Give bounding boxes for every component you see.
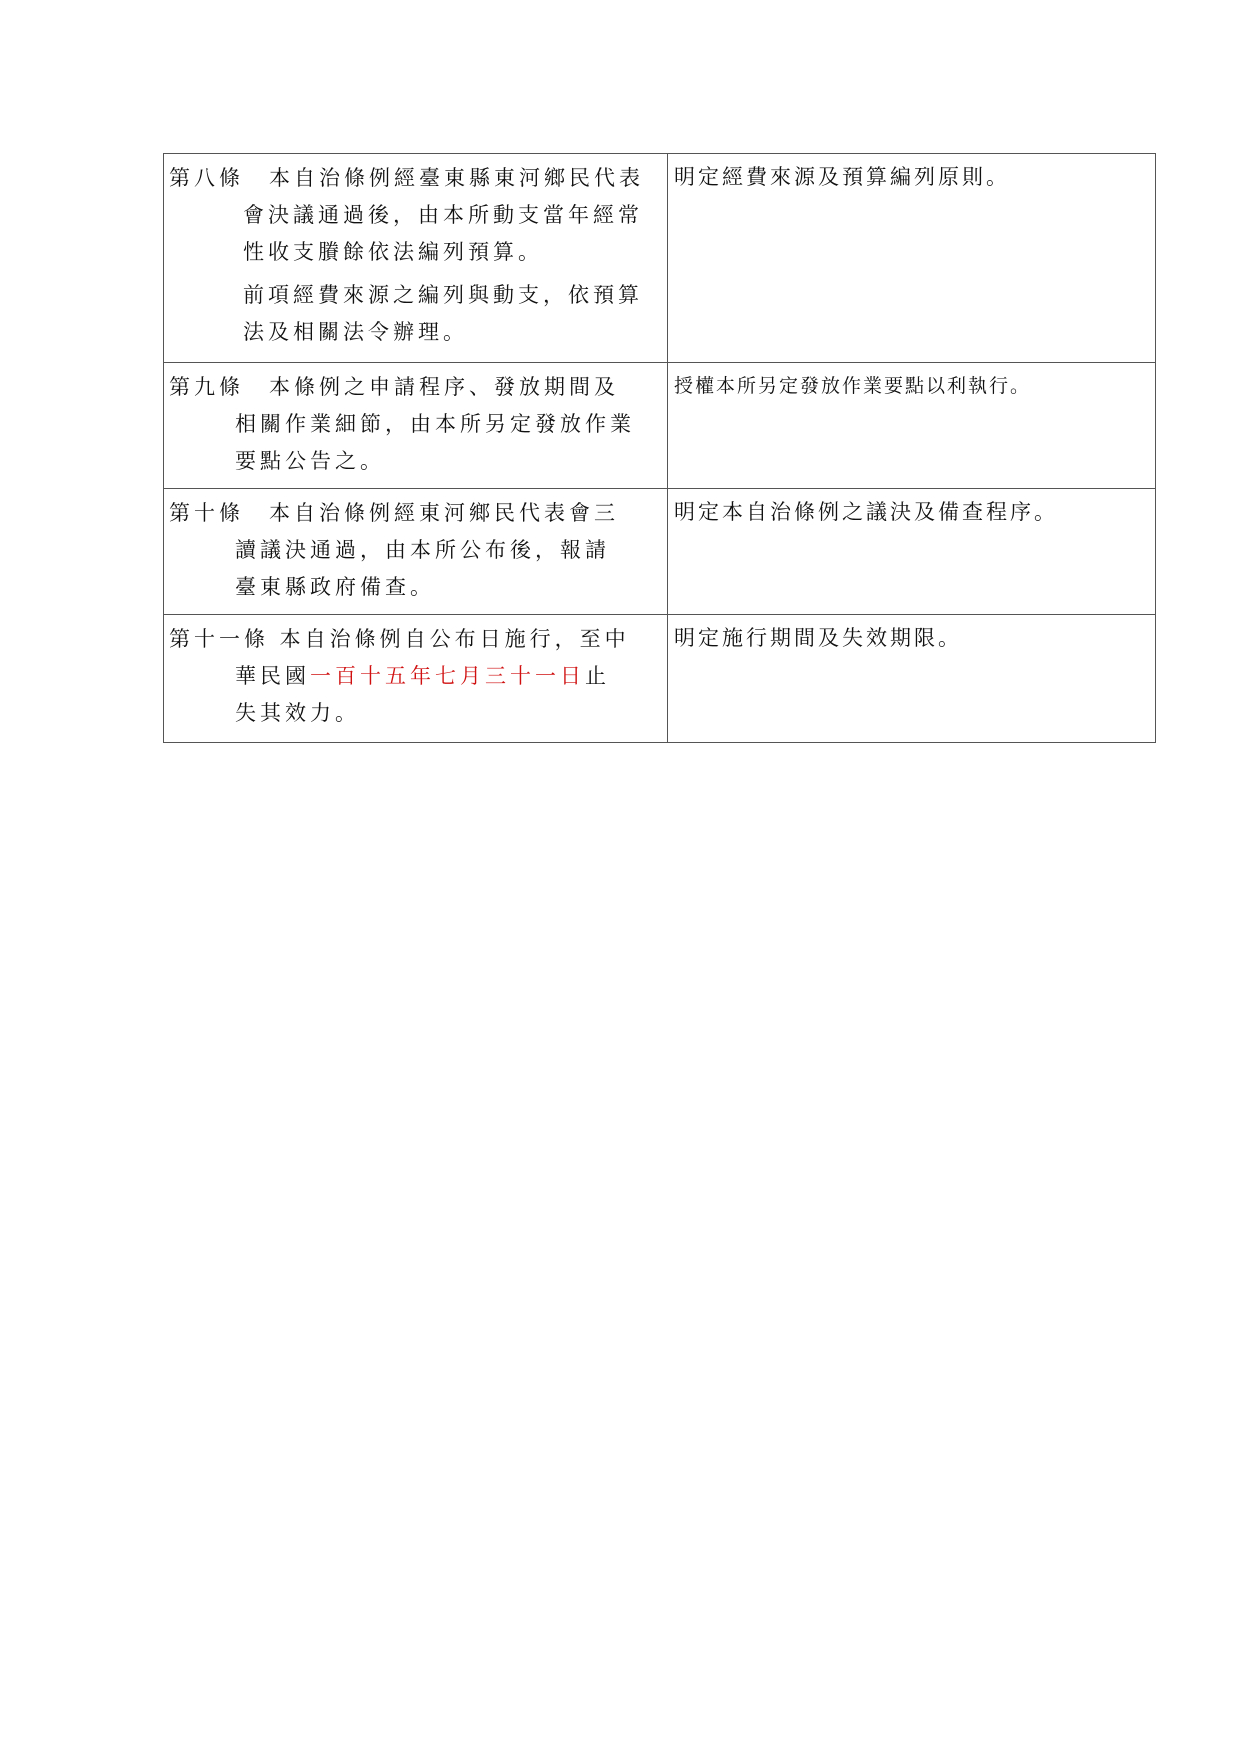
article-11-line-1: 第十一條 本自治條例自公布日施行，至中 xyxy=(169,621,663,658)
explanation-cell: 明定本自治條例之議決及備查程序。 xyxy=(668,489,1156,615)
document-page: 第八條 本自治條例經臺東縣東河鄉民代表 會決議通過後，由本所動支當年經常 性收支… xyxy=(0,0,1241,1755)
article-9-line-3: 要點公告之。 xyxy=(169,443,663,480)
articles-comparison-table: 第八條 本自治條例經臺東縣東河鄉民代表 會決議通過後，由本所動支當年經常 性收支… xyxy=(163,153,1156,743)
article-text-cell: 第九條 本條例之申請程序、發放期間及 相關作業細節，由本所另定發放作業 要點公告… xyxy=(164,363,668,489)
article-11-line-2-suffix: 止 xyxy=(585,664,610,688)
article-11-line-3: 失其效力。 xyxy=(169,695,663,732)
article-10-explanation: 明定本自治條例之議決及備查程序。 xyxy=(668,489,1155,528)
explanation-cell: 明定經費來源及預算編列原則。 xyxy=(668,154,1156,363)
article-10-line-2: 讀議決通過，由本所公布後，報請 xyxy=(169,532,663,569)
article-8-line-2: 會決議通過後，由本所動支當年經常 xyxy=(169,197,663,234)
article-9-line-1: 第九條 本條例之申請程序、發放期間及 xyxy=(169,369,663,406)
article-8-line-3: 性收支賸餘依法編列預算。 xyxy=(169,234,663,271)
expiry-date-highlight: 一百十五年七月三十一日 xyxy=(310,664,585,688)
article-text-cell: 第八條 本自治條例經臺東縣東河鄉民代表 會決議通過後，由本所動支當年經常 性收支… xyxy=(164,154,668,363)
article-8-explanation: 明定經費來源及預算編列原則。 xyxy=(668,154,1155,193)
article-8-line-5: 法及相關法令辦理。 xyxy=(169,314,663,351)
article-10-line-1: 第十條 本自治條例經東河鄉民代表會三 xyxy=(169,495,663,532)
article-8-line-1: 第八條 本自治條例經臺東縣東河鄉民代表 xyxy=(169,160,663,197)
article-11-line-2: 華民國一百十五年七月三十一日止 xyxy=(169,658,663,695)
article-11-line-2-prefix: 華民國 xyxy=(235,664,310,688)
article-10-line-3: 臺東縣政府備查。 xyxy=(169,569,663,606)
table-row-article-11: 第十一條 本自治條例自公布日施行，至中 華民國一百十五年七月三十一日止 失其效力… xyxy=(164,615,1156,743)
article-9-line-2: 相關作業細節，由本所另定發放作業 xyxy=(169,406,663,443)
table-row-article-9: 第九條 本條例之申請程序、發放期間及 相關作業細節，由本所另定發放作業 要點公告… xyxy=(164,363,1156,489)
explanation-cell: 明定施行期間及失效期限。 xyxy=(668,615,1156,743)
article-text-cell: 第十條 本自治條例經東河鄉民代表會三 讀議決通過，由本所公布後，報請 臺東縣政府… xyxy=(164,489,668,615)
table-row-article-8: 第八條 本自治條例經臺東縣東河鄉民代表 會決議通過後，由本所動支當年經常 性收支… xyxy=(164,154,1156,363)
article-9-explanation: 授權本所另定發放作業要點以利執行。 xyxy=(668,363,1155,402)
article-11-explanation: 明定施行期間及失效期限。 xyxy=(668,615,1155,654)
explanation-cell: 授權本所另定發放作業要點以利執行。 xyxy=(668,363,1156,489)
article-8-line-4: 前項經費來源之編列與動支，依預算 xyxy=(169,277,663,314)
article-text-cell: 第十一條 本自治條例自公布日施行，至中 華民國一百十五年七月三十一日止 失其效力… xyxy=(164,615,668,743)
table-row-article-10: 第十條 本自治條例經東河鄉民代表會三 讀議決通過，由本所公布後，報請 臺東縣政府… xyxy=(164,489,1156,615)
